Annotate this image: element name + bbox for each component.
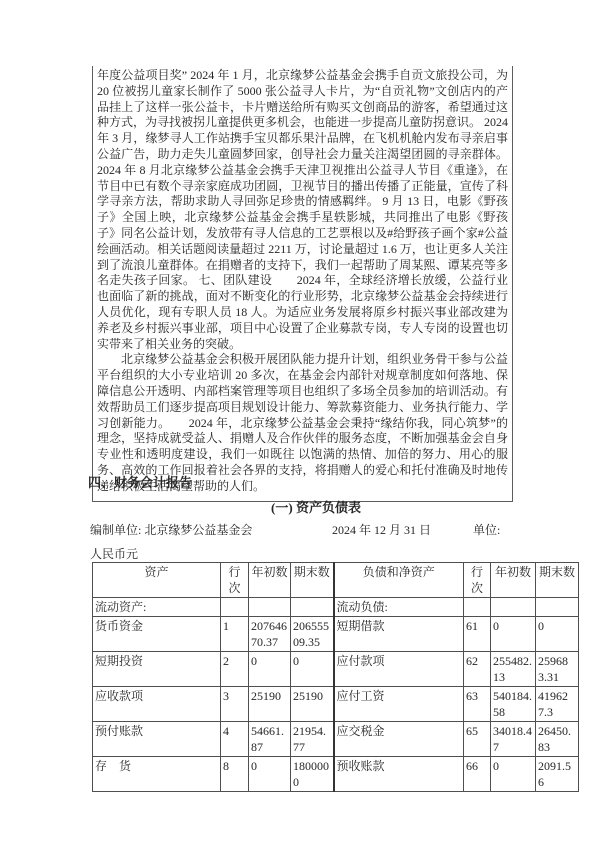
bs-cell: 34018.47 — [491, 722, 536, 757]
bs-cell: 540184.58 — [491, 687, 536, 722]
bs-cell — [249, 598, 291, 617]
bs-cell: 0 — [249, 757, 291, 792]
table-row: 应收款项32519025190应付工资63540184.58419627.3 — [93, 687, 579, 722]
bs-cell — [291, 598, 334, 617]
bs-cell: 2 — [221, 652, 249, 687]
table-row: 存 货801800000预收账款6602091.56 — [93, 757, 579, 792]
bs-column-header: 年初数 — [249, 563, 291, 598]
bs-cell — [464, 598, 491, 617]
bs-cell: 预收账款 — [334, 757, 464, 792]
bs-cell: 66 — [464, 757, 491, 792]
bs-cell: 0 — [491, 617, 536, 652]
bs-cell: 20655509.35 — [291, 617, 334, 652]
bs-column-header: 期末数 — [291, 563, 334, 598]
bs-cell: 短期投资 — [93, 652, 221, 687]
bs-cell: 1 — [221, 617, 249, 652]
bs-column-header: 行次 — [221, 563, 249, 598]
bs-column-header: 行次 — [464, 563, 491, 598]
bs-cell: 63 — [464, 687, 491, 722]
bs-cell: 259683.31 — [536, 652, 579, 687]
prepared-by-label: 编制单位: 北京缘梦公益基金会 — [90, 521, 252, 538]
bs-cell: 4 — [221, 722, 249, 757]
bs-cell — [536, 598, 579, 617]
unit-value: 人民币元 — [90, 545, 138, 562]
bs-cell: 货币资金 — [93, 617, 221, 652]
bs-cell: 2091.56 — [536, 757, 579, 792]
table-row: 短期投资200应付款项62255482.13259683.31 — [93, 652, 579, 687]
bs-cell: 0 — [249, 652, 291, 687]
table-row: 流动资产:流动负债: — [93, 598, 579, 617]
statement-meta-row: 编制单位: 北京缘梦公益基金会 2024 年 12 月 31 日 单位: — [88, 521, 588, 537]
balance-sheet-container: 资产行次年初数期末数负债和净资产行次年初数期末数流动资产:流动负债:货币资金12… — [92, 562, 579, 792]
table-row: 预付账款454661.8721954.77应交税金6534018.4726450… — [93, 722, 579, 757]
bs-cell: 20764670.37 — [249, 617, 291, 652]
bs-cell: 0 — [536, 617, 579, 652]
bs-cell: 65 — [464, 722, 491, 757]
balance-sheet-title: (一) 资产负债表 — [88, 497, 544, 516]
narrative-paragraph-1: 年度公益项目奖” 2024 年 1 月，北京缘梦公益基金会携手自贡文旅投公司，为… — [97, 68, 508, 352]
statement-date: 2024 年 12 月 31 日 — [332, 521, 431, 538]
bs-cell: 应收款项 — [93, 687, 221, 722]
bs-column-header: 负债和净资产 — [334, 563, 464, 598]
balance-sheet-header-row: 资产行次年初数期末数负债和净资产行次年初数期末数 — [93, 563, 579, 598]
bs-column-header: 年初数 — [491, 563, 536, 598]
bs-cell — [491, 598, 536, 617]
balance-sheet-table: 资产行次年初数期末数负债和净资产行次年初数期末数流动资产:流动负债:货币资金12… — [92, 562, 579, 792]
bs-cell: 21954.77 — [291, 722, 334, 757]
bs-cell: 25190 — [291, 687, 334, 722]
bs-cell: 25190 — [249, 687, 291, 722]
bs-cell: 存 货 — [93, 757, 221, 792]
document-page: 年度公益项目奖” 2024 年 1 月，北京缘梦公益基金会携手自贡文旅投公司，为… — [0, 0, 602, 851]
unit-label: 单位: — [473, 521, 500, 538]
bs-cell: 流动资产: — [93, 598, 221, 617]
bs-column-header: 期末数 — [536, 563, 579, 598]
bs-cell: 61 — [464, 617, 491, 652]
narrative-text-box: 年度公益项目奖” 2024 年 1 月，北京缘梦公益基金会携手自贡文旅投公司，为… — [92, 66, 513, 502]
bs-cell: 应交税金 — [334, 722, 464, 757]
bs-cell — [221, 598, 249, 617]
section-heading-financial-report: 四、财务会计报告 — [88, 472, 192, 491]
bs-cell: 流动负债: — [334, 598, 464, 617]
bs-cell: 3 — [221, 687, 249, 722]
bs-cell: 短期借款 — [334, 617, 464, 652]
bs-cell: 应付工资 — [334, 687, 464, 722]
bs-cell: 26450.83 — [536, 722, 579, 757]
bs-cell: 0 — [491, 757, 536, 792]
bs-cell: 0 — [291, 652, 334, 687]
bs-column-header: 资产 — [93, 563, 221, 598]
bs-cell: 应付款项 — [334, 652, 464, 687]
bs-cell: 54661.87 — [249, 722, 291, 757]
bs-cell: 8 — [221, 757, 249, 792]
bs-cell: 255482.13 — [491, 652, 536, 687]
bs-cell: 1800000 — [291, 757, 334, 792]
table-row: 货币资金120764670.3720655509.35短期借款6100 — [93, 617, 579, 652]
bs-cell: 预付账款 — [93, 722, 221, 757]
bs-cell: 419627.3 — [536, 687, 579, 722]
bs-cell: 62 — [464, 652, 491, 687]
